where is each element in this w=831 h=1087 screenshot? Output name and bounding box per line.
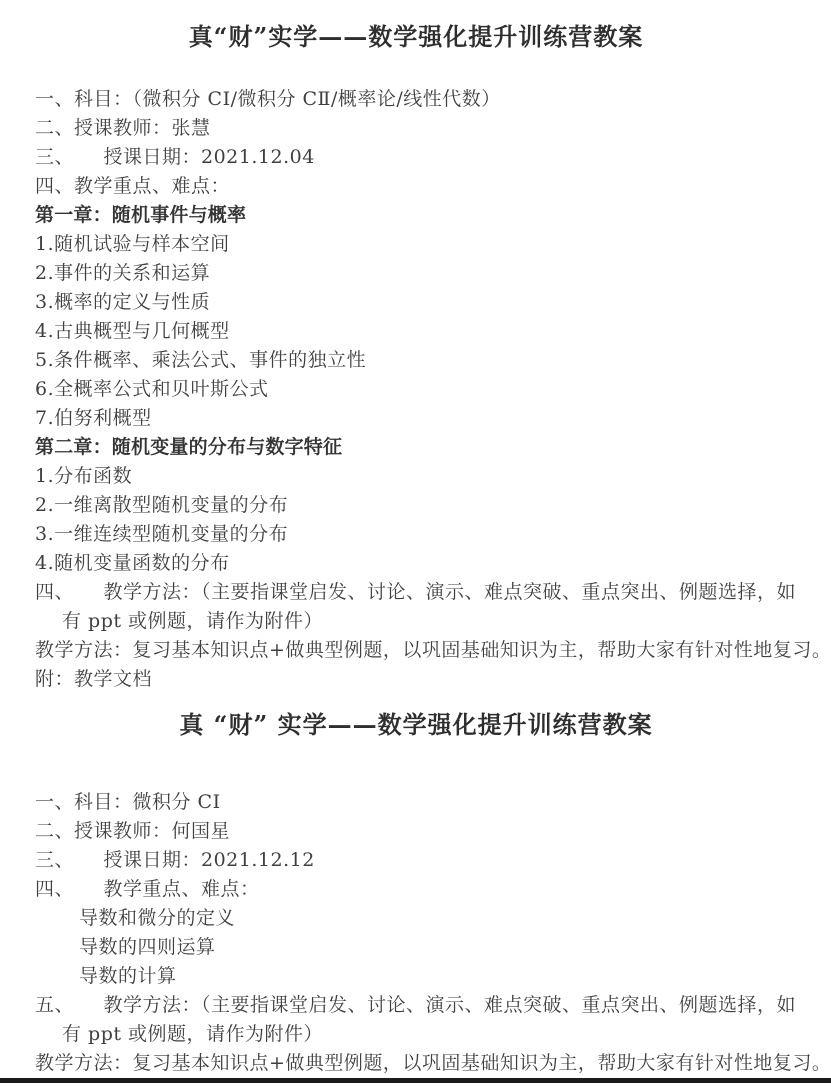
lesson-plan-section-2: 真 “财” 实学——数学强化提升训练营教案 一、科目：微积分 CⅠ二、授课教师：… [35, 710, 797, 1078]
doc2-title: 真 “财” 实学——数学强化提升训练营教案 [35, 710, 797, 740]
doc1-line-14: 1.分布函数 [35, 462, 797, 491]
doc1-title: 真“财”实学——数学强化提升训练营教案 [35, 22, 797, 52]
doc1-line-18: 四、 教学方法：（主要指课堂启发、讨论、演示、难点突破、重点突出、例题选择，如 [35, 578, 797, 607]
doc1-line-3: 三、 授课日期：2021.12.04 [35, 143, 797, 172]
doc1-line-13: 第二章：随机变量的分布与数字特征 [35, 433, 797, 462]
doc2-line-3: 三、 授课日期：2021.12.12 [35, 846, 797, 875]
doc1-line-15: 2.一维离散型随机变量的分布 [35, 491, 797, 520]
doc1-line-2: 二、授课教师：张慧 [35, 114, 797, 143]
doc1-line-21: 附：教学文档 [35, 665, 797, 694]
doc1-line-19: 有 ppt 或例题，请作为附件） [35, 607, 797, 636]
doc2-line-5: 导数和微分的定义 [35, 904, 797, 933]
doc1-line-4: 四、教学重点、难点： [35, 172, 797, 201]
doc1-line-11: 6.全概率公式和贝叶斯公式 [35, 375, 797, 404]
doc2-line-8: 五、 教学方法：（主要指课堂启发、讨论、演示、难点突破、重点突出、例题选择，如 [35, 991, 797, 1020]
doc1-line-8: 3.概率的定义与性质 [35, 288, 797, 317]
page-bottom-border [0, 1078, 831, 1083]
doc1-line-6: 1.随机试验与样本空间 [35, 230, 797, 259]
scanned-lesson-plan-page: 真“财”实学——数学强化提升训练营教案 一、科目：（微积分 CⅠ/微积分 CⅡ/… [0, 0, 831, 1087]
doc2-line-2: 二、授课教师：何国星 [35, 817, 797, 846]
page-content: 真“财”实学——数学强化提升训练营教案 一、科目：（微积分 CⅠ/微积分 CⅡ/… [0, 22, 831, 1078]
doc2-line-9: 有 ppt 或例题，请作为附件） [35, 1020, 797, 1049]
doc1-line-1: 一、科目：（微积分 CⅠ/微积分 CⅡ/概率论/线性代数） [35, 85, 797, 114]
doc1-line-5: 第一章：随机事件与概率 [35, 201, 797, 230]
doc2-line-1: 一、科目：微积分 CⅠ [35, 788, 797, 817]
doc1-line-17: 4.随机变量函数的分布 [35, 549, 797, 578]
doc1-line-16: 3.一维连续型随机变量的分布 [35, 520, 797, 549]
doc1-line-20: 教学方法：复习基本知识点+做典型例题，以巩固基础知识为主，帮助大家有针对性地复习… [35, 636, 797, 665]
doc2-line-6: 导数的四则运算 [35, 933, 797, 962]
doc1-body: 一、科目：（微积分 CⅠ/微积分 CⅡ/概率论/线性代数）二、授课教师：张慧三、… [35, 85, 797, 694]
doc2-line-4: 四、 教学重点、难点： [35, 875, 797, 904]
doc2-body: 一、科目：微积分 CⅠ二、授课教师：何国星三、 授课日期：2021.12.12四… [35, 788, 797, 1078]
lesson-plan-section-1: 真“财”实学——数学强化提升训练营教案 一、科目：（微积分 CⅠ/微积分 CⅡ/… [35, 22, 797, 694]
doc2-line-7: 导数的计算 [35, 962, 797, 991]
doc1-line-12: 7.伯努利概型 [35, 404, 797, 433]
doc2-line-10: 教学方法：复习基本知识点+做典型例题，以巩固基础知识为主，帮助大家有针对性地复习… [35, 1049, 797, 1078]
doc1-line-7: 2.事件的关系和运算 [35, 259, 797, 288]
doc1-line-9: 4.古典概型与几何概型 [35, 317, 797, 346]
doc1-line-10: 5.条件概率、乘法公式、事件的独立性 [35, 346, 797, 375]
